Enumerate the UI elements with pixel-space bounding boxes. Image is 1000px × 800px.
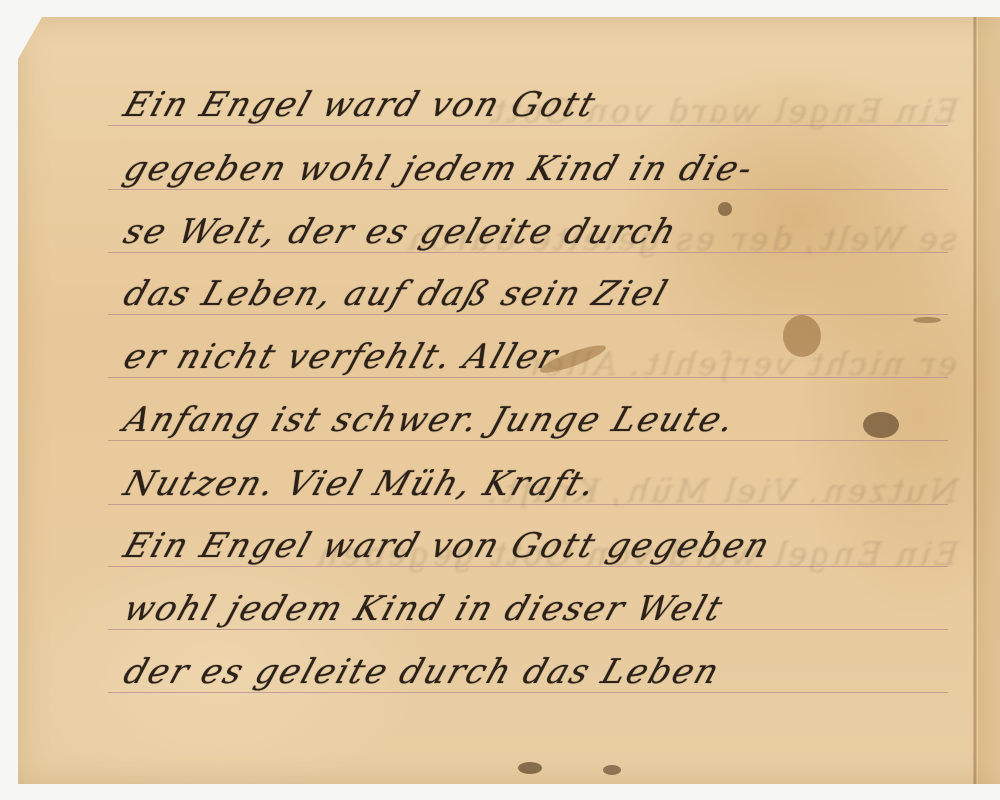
paper-sheet: Ein Engel ward von Gott se Welt, der es … <box>18 17 1000 784</box>
ink-stain <box>718 202 732 216</box>
handwritten-line-7: Nutzen. Viel Müh, Kraft. <box>118 462 972 506</box>
handwritten-line-3: se Welt, der es geleite durch <box>118 210 972 254</box>
handwritten-line-2: gegeben wohl jedem Kind in die- <box>118 147 972 191</box>
handwritten-line-8: Ein Engel ward von Gott gegeben <box>118 524 972 568</box>
ink-stain <box>783 315 821 357</box>
ink-stain <box>603 765 621 775</box>
ink-stain <box>863 412 899 438</box>
ink-stain <box>913 317 941 323</box>
handwritten-line-1: Ein Engel ward von Gott <box>118 83 972 127</box>
handwritten-line-4: das Leben, auf daß sein Ziel <box>118 272 972 316</box>
handwritten-line-9: wohl jedem Kind in dieser Welt <box>118 587 972 631</box>
adjacent-page-edge <box>978 17 1000 784</box>
ink-stain <box>518 762 542 774</box>
handwritten-line-6: Anfang ist schwer. Junge Leute. <box>118 398 972 442</box>
handwritten-line-10: der es geleite durch das Leben <box>118 650 972 694</box>
page-fold-crease <box>973 17 977 784</box>
